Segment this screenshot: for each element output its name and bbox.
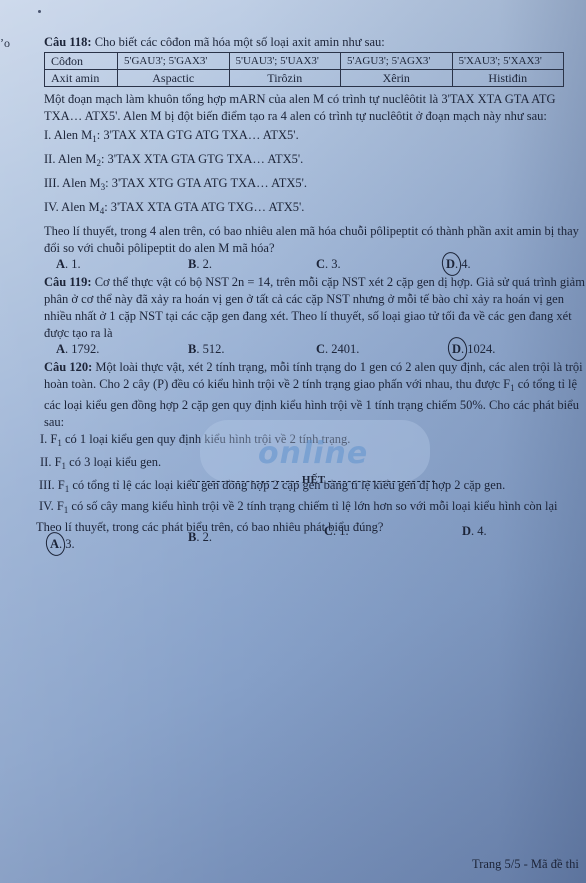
q118-options: A. 1. B. 2. C. 3. D. 4. — [44, 257, 586, 272]
paper-speck — [38, 10, 41, 13]
option-b[interactable]: B. 2. — [188, 257, 212, 272]
q120-item: I. F1 có 1 loại kiểu gen quy định kiểu h… — [40, 431, 586, 452]
question-120: Câu 120: Một loài thực vật, xét 2 tính t… — [44, 359, 586, 551]
end-marker: HẾT — [192, 474, 435, 486]
dashed-line-right — [328, 481, 435, 482]
codon-cell: 5'UAU3'; 5'UAX3' — [229, 53, 341, 70]
option-d-circled[interactable]: D. 1024. — [452, 342, 495, 357]
q118-question: Theo lí thuyết, trong 4 alen trên, có ba… — [44, 223, 586, 257]
codon-row-header: Côđon — [45, 53, 118, 70]
margin-mark: ʼo — [0, 36, 10, 51]
q118-body: Một đoạn mạch làm khuôn tổng hợp mARN củ… — [44, 91, 586, 125]
option-c[interactable]: C. 3. — [316, 257, 341, 272]
answer-circle-mark: D — [446, 257, 455, 271]
codon-cell: 5'AGU3'; 5'AGX3' — [341, 53, 453, 70]
q118-item: I. Alen M1: 3'TAX XTA GTG ATG TXA… ATX5'… — [44, 127, 586, 148]
option-a-circled[interactable]: A. 3. — [50, 537, 75, 552]
q120-body: Câu 120: Một loài thực vật, xét 2 tính t… — [44, 359, 586, 431]
page-footer: Trang 5/5 - Mã đề thi — [472, 857, 579, 872]
q119-label: Câu 119: — [44, 275, 92, 289]
option-a[interactable]: A. 1792. — [56, 342, 99, 357]
option-b[interactable]: B. 512. — [188, 342, 224, 357]
q118-item: II. Alen M2: 3'TAX XTA GTA GTG TXA… ATX5… — [44, 151, 586, 172]
answer-circle-mark: D — [452, 342, 461, 356]
q120-item: IV. F1 có số cây mang kiểu hình trội về … — [39, 498, 586, 519]
option-d-circled[interactable]: D. 4. — [446, 257, 471, 272]
amino-acid-cell: Aspactic — [118, 70, 230, 87]
q120-item: II. F1 có 3 loại kiểu gen. — [40, 454, 586, 475]
q119-options: A. 1792. B. 512. C. 2401. D. 1024. — [44, 342, 586, 357]
q120-question: Theo lí thuyết, trong các phát biểu trên… — [36, 519, 586, 536]
option-c[interactable]: C. 1. — [324, 524, 349, 539]
codon-cell: 5'XAU3'; 5'XAX3' — [452, 53, 564, 70]
codon-row: Côđon 5'GAU3'; 5'GAX3' 5'UAU3'; 5'UAX3' … — [45, 53, 564, 70]
q118-prompt: Câu 118: Cho biết các côđon mã hóa một s… — [44, 34, 586, 51]
q118-prompt-text: Cho biết các côđon mã hóa một số loại ax… — [95, 35, 385, 49]
q120-options: A. 3. B. 2. C. 1. D. 4. — [44, 536, 586, 551]
option-a[interactable]: A. 1. — [56, 257, 81, 272]
question-118: Câu 118: Cho biết các côđon mã hóa một s… — [44, 34, 586, 272]
amino-acid-cell: Histiđin — [452, 70, 564, 87]
q119-body: Câu 119: Cơ thể thực vật có bộ NST 2n = … — [44, 274, 586, 342]
q118-item: IV. Alen M4: 3'TAX XTA GTA ATG TXG… ATX5… — [44, 199, 586, 220]
option-d[interactable]: D. 4. — [462, 524, 487, 539]
amino-acid-row-header: Axit amin — [45, 70, 118, 87]
q118-label: Câu 118: — [44, 35, 92, 49]
option-c[interactable]: C. 2401. — [316, 342, 359, 357]
answer-circle-mark: A — [50, 537, 59, 551]
option-b[interactable]: B. 2. — [188, 530, 212, 545]
question-119: Câu 119: Cơ thể thực vật có bộ NST 2n = … — [44, 274, 586, 357]
codon-cell: 5'GAU3'; 5'GAX3' — [118, 53, 230, 70]
amino-acid-row: Axit amin Aspactic Tirôzin Xêrin Histiđi… — [45, 70, 564, 87]
q119-body-text: Cơ thể thực vật có bộ NST 2n = 14, trên … — [44, 275, 585, 340]
end-marker-text: HẾT — [302, 474, 325, 486]
amino-acid-cell: Xêrin — [341, 70, 453, 87]
codon-table: Côđon 5'GAU3'; 5'GAX3' 5'UAU3'; 5'UAX3' … — [44, 52, 564, 87]
amino-acid-cell: Tirôzin — [229, 70, 341, 87]
q120-label: Câu 120: — [44, 360, 92, 374]
dashed-line-left — [192, 481, 299, 482]
q118-item: III. Alen M3: 3'TAX XTG GTA ATG TXA… ATX… — [44, 175, 586, 196]
